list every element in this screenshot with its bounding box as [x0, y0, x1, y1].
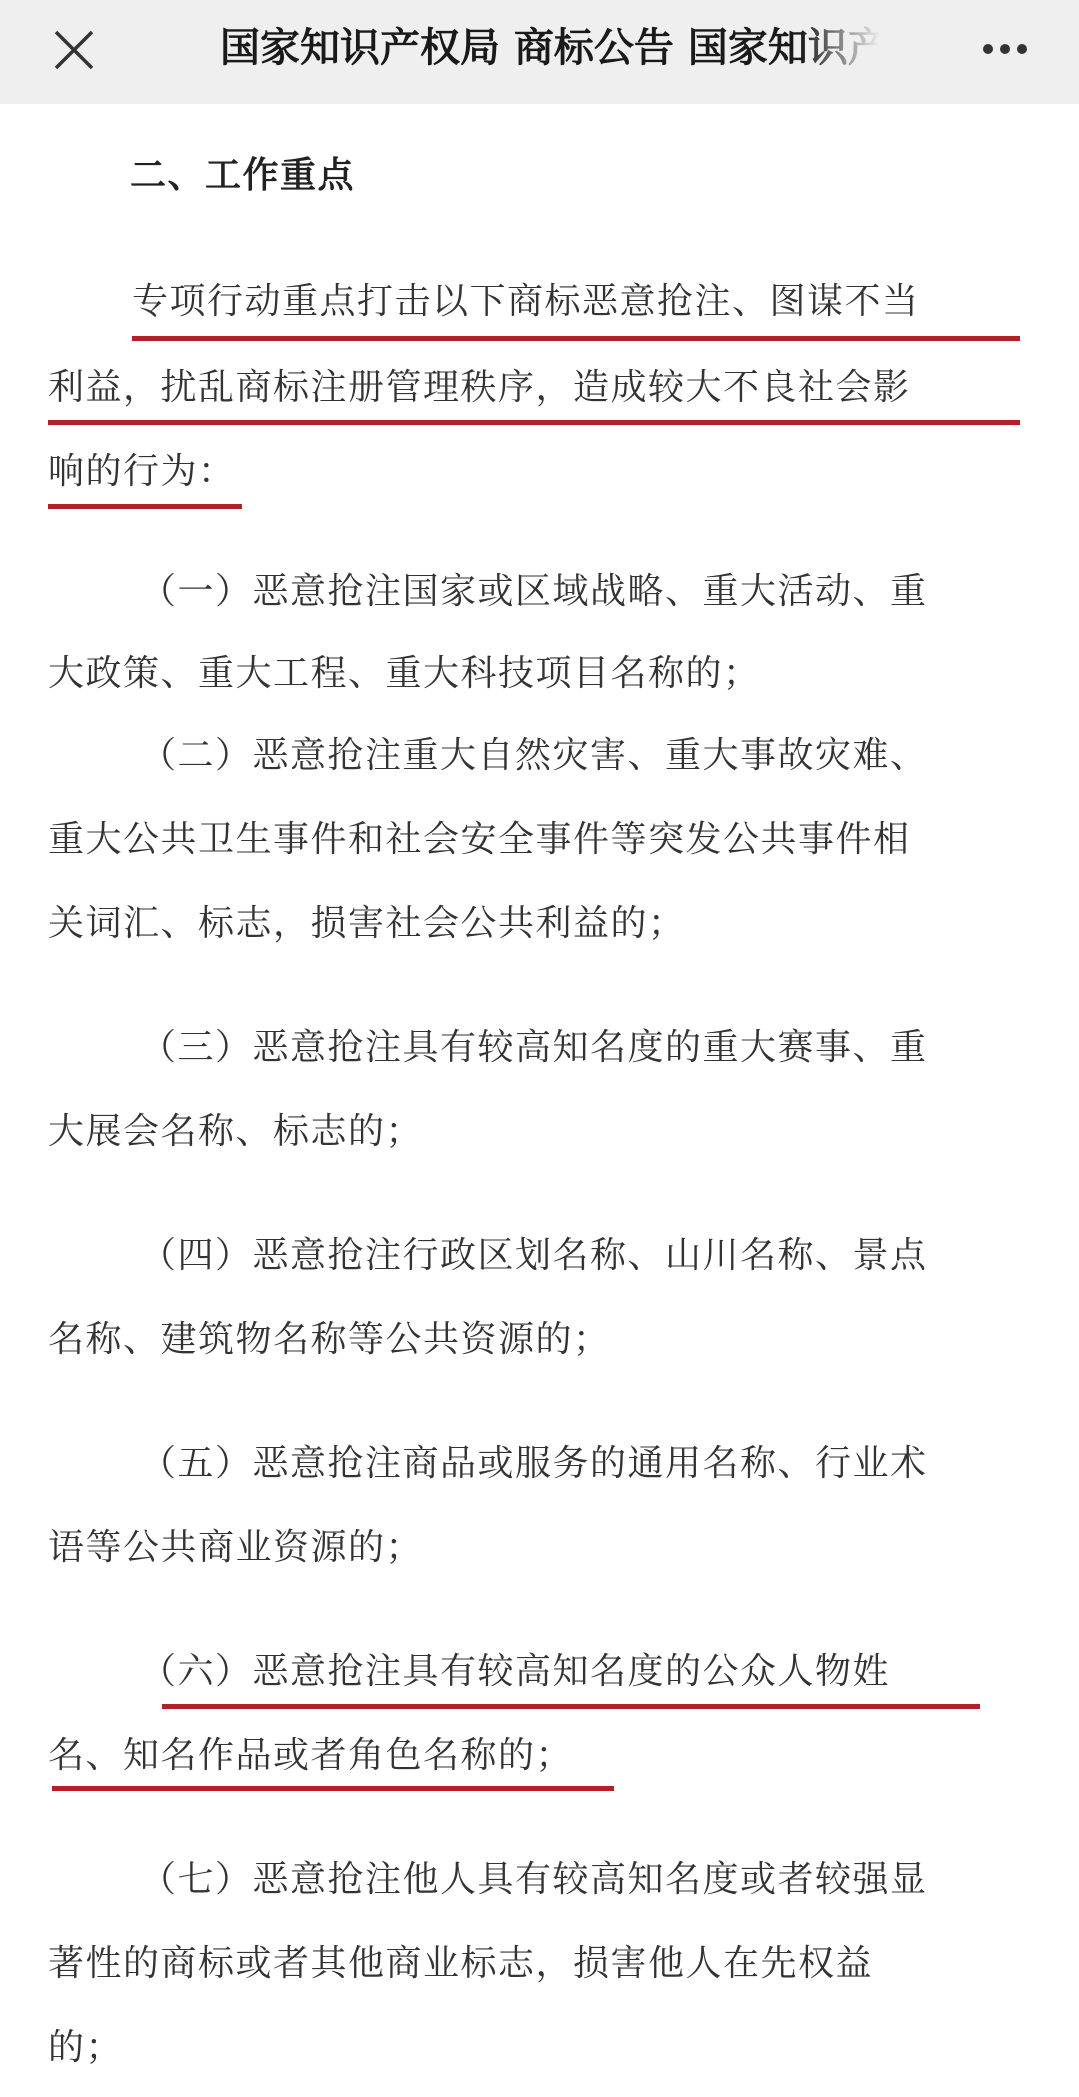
list-item-7: （七）恶意抢注他人具有较高知名度或者较强显 — [140, 1856, 928, 1904]
paragraph-line: 专项行动重点打击以下商标恶意抢注、图谋不当 — [132, 278, 920, 326]
more-icon[interactable] — [980, 34, 1030, 64]
paragraph-line: 利益，扰乱商标注册管理秩序，造成较大不良社会影 — [48, 364, 911, 412]
paragraph-line: 响的行为： — [48, 448, 236, 496]
close-icon[interactable] — [50, 26, 98, 74]
red-underline — [52, 1786, 614, 1791]
page-title: 国家知识产权局 商标公告 国家知识产权局关于开展商标恶意抢注专项行动的通知 — [220, 18, 880, 78]
section-heading: 二、工作重点 — [130, 152, 355, 200]
list-item-2-cont: 关词汇、标志，损害社会公共利益的； — [48, 900, 686, 948]
red-underline — [48, 420, 1020, 425]
top-navigation-bar: 国家知识产权局 商标公告 国家知识产权局关于开展商标恶意抢注专项行动的通知 — [0, 0, 1079, 104]
red-underline — [132, 336, 1020, 341]
list-item-6: （六）恶意抢注具有较高知名度的公众人物姓 — [140, 1648, 890, 1696]
list-item-1: （一）恶意抢注国家或区域战略、重大活动、重 — [140, 568, 928, 616]
list-item-4: （四）恶意抢注行政区划名称、山川名称、景点 — [140, 1232, 928, 1280]
list-item-2: （二）恶意抢注重大自然灾害、重大事故灾难、 — [140, 732, 928, 780]
list-item-3-cont: 大展会名称、标志的； — [48, 1108, 423, 1156]
list-item-6-cont: 名、知名作品或者角色名称的； — [48, 1732, 573, 1780]
list-item-1-cont: 大政策、重大工程、重大科技项目名称的； — [48, 650, 761, 698]
list-item-3: （三）恶意抢注具有较高知名度的重大赛事、重 — [140, 1024, 928, 1072]
list-item-2-cont: 重大公共卫生事件和社会安全事件等突发公共事件相 — [48, 816, 911, 864]
list-item-4-cont: 名称、建筑物名称等公共资源的； — [48, 1316, 611, 1364]
red-underline — [48, 504, 242, 509]
list-item-7-cont: 著性的商标或者其他商业标志，损害他人在先权益 — [48, 1940, 873, 1988]
list-item-5: （五）恶意抢注商品或服务的通用名称、行业术 — [140, 1440, 928, 1488]
list-item-7-cont: 的； — [48, 2024, 123, 2072]
red-underline — [162, 1704, 980, 1709]
list-item-5-cont: 语等公共商业资源的； — [48, 1524, 423, 1572]
